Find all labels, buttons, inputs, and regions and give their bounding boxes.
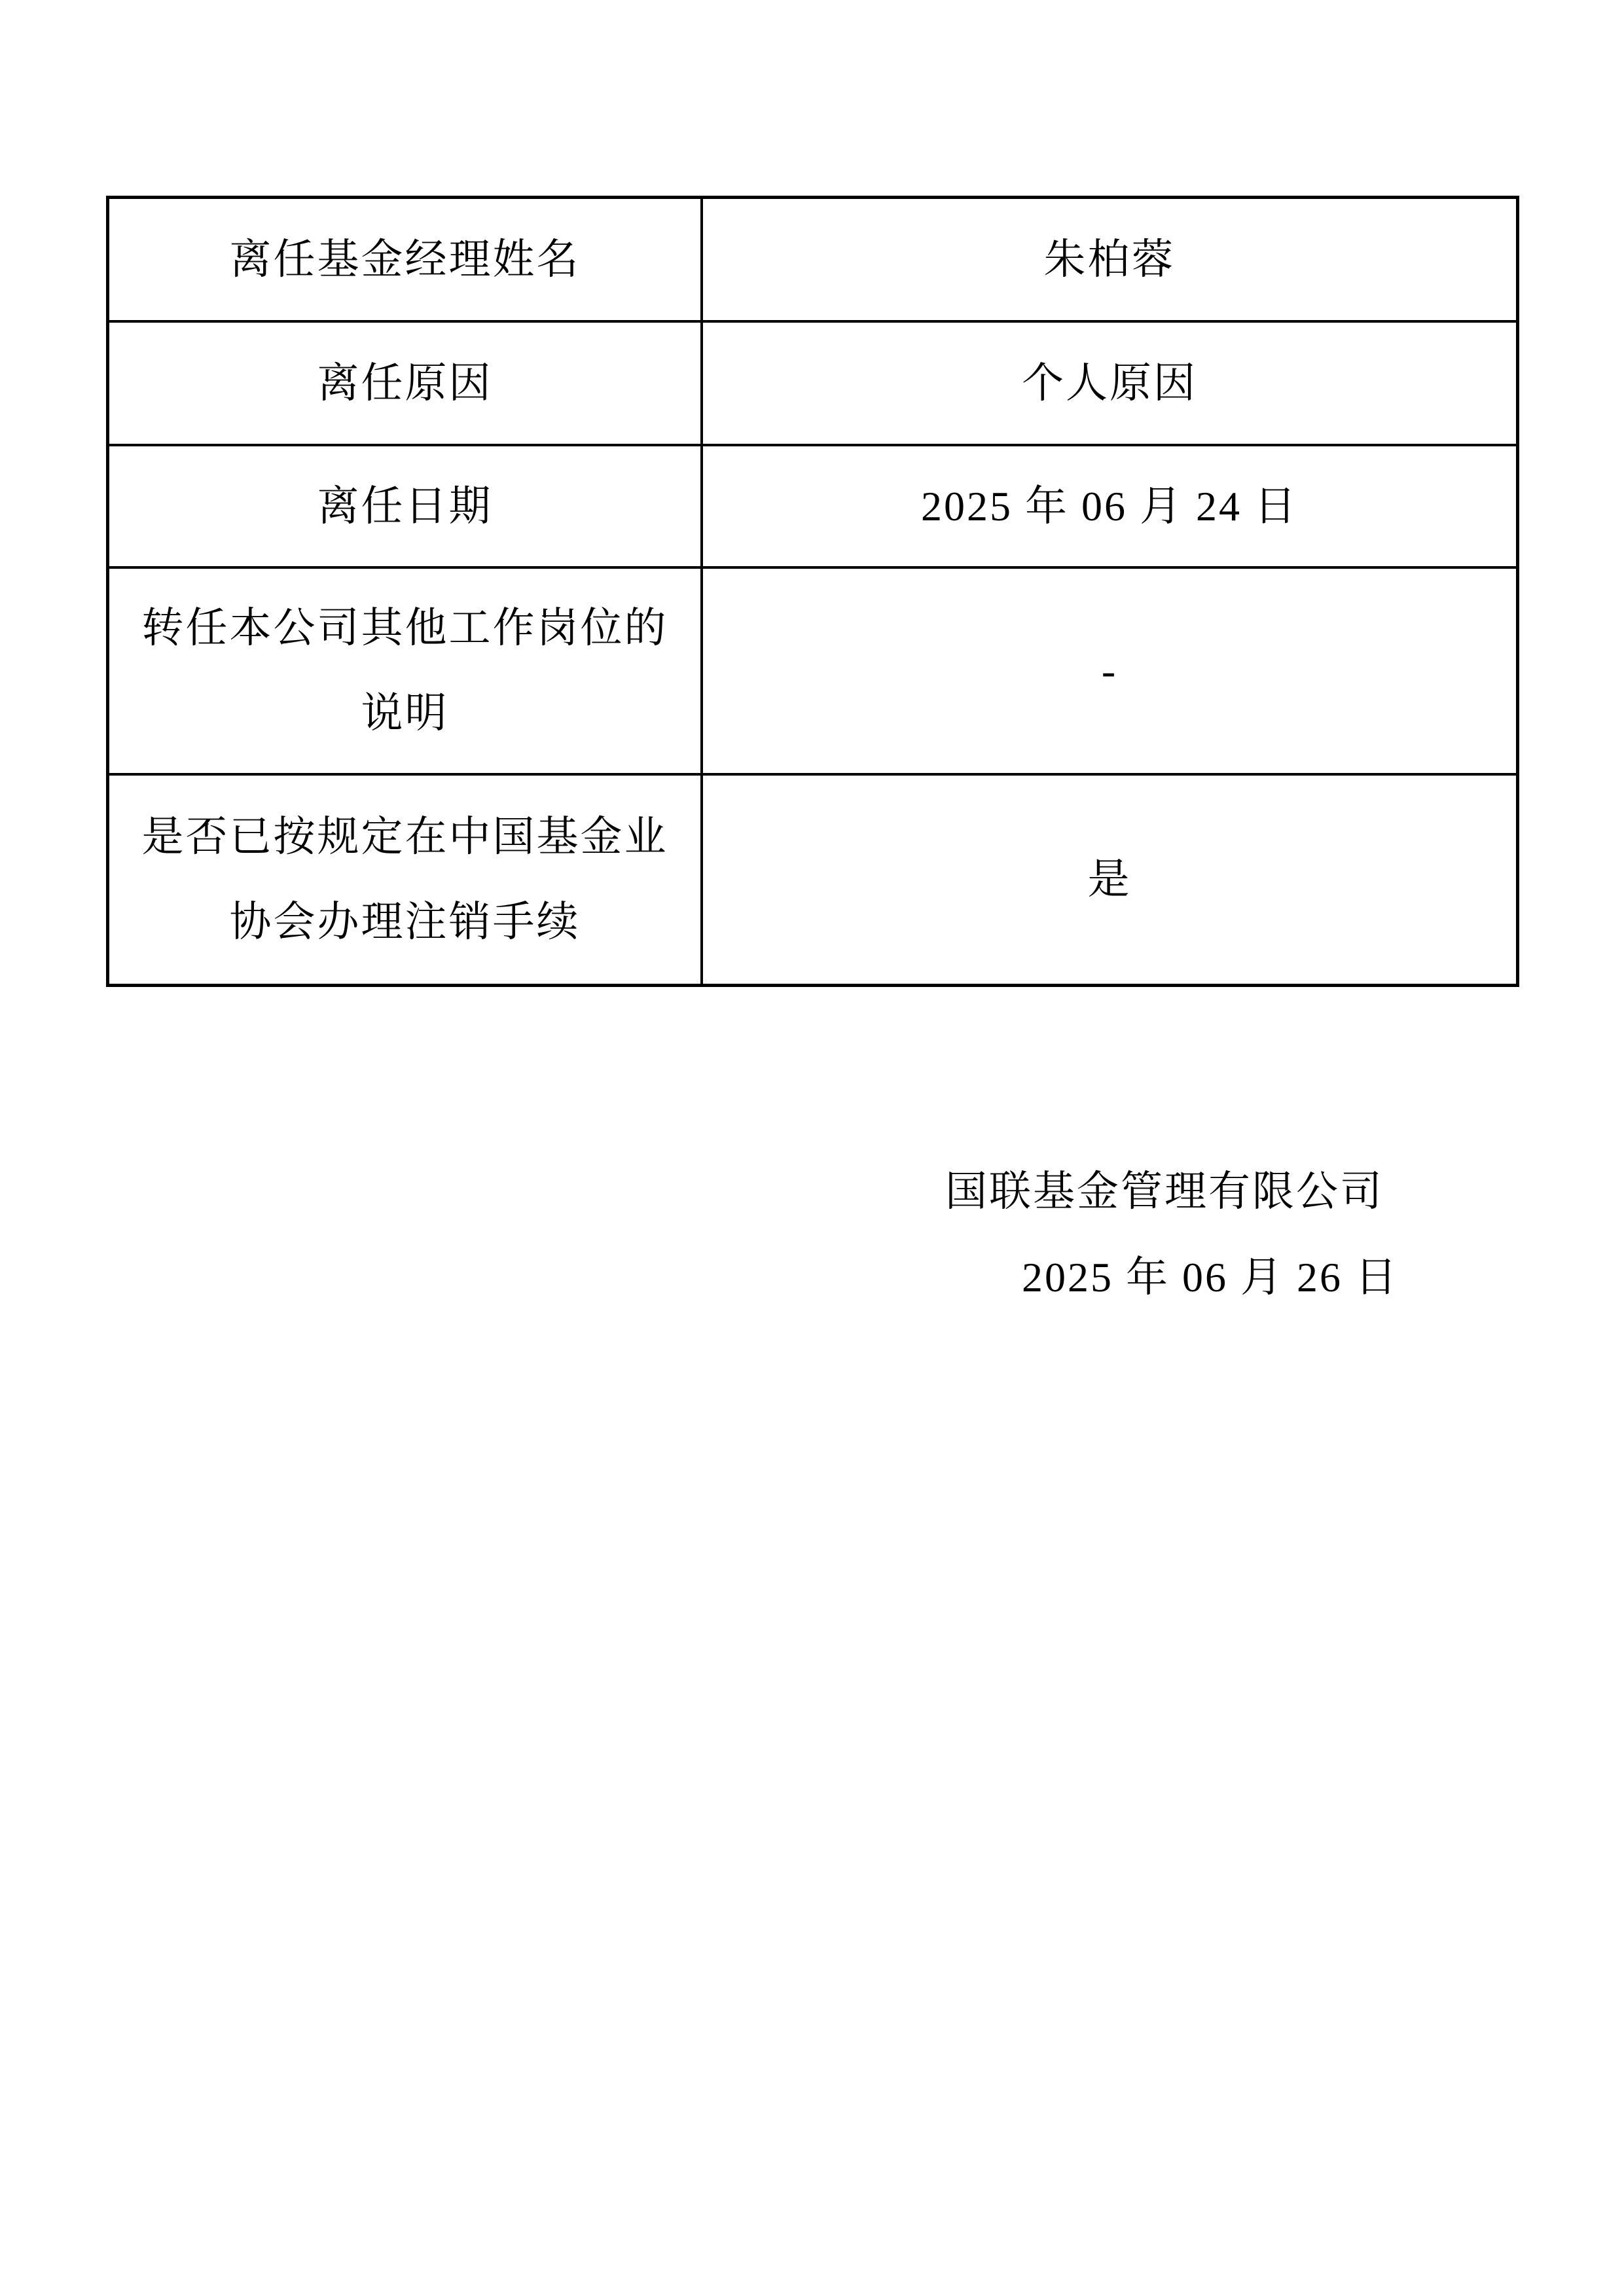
- manager-name-value: 朱柏蓉: [703, 199, 1516, 320]
- signature-date: 2025 年 06 月 26 日: [1022, 1257, 1399, 1299]
- amac-deregistration-value: 是: [703, 776, 1516, 984]
- table-row-amac-deregistration: 是否已按规定在中国基金业 协会办理注销手续 是: [109, 773, 1516, 984]
- departure-reason-value: 个人原因: [703, 323, 1516, 444]
- transfer-note-value: -: [703, 569, 1516, 773]
- amac-deregistration-label: 是否已按规定在中国基金业 协会办理注销手续: [109, 776, 703, 984]
- table-row-transfer-note: 转任本公司其他工作岗位的 说明 -: [109, 566, 1516, 773]
- manager-name-label: 离任基金经理姓名: [109, 199, 703, 320]
- departure-info-table: 离任基金经理姓名 朱柏蓉 离任原因 个人原因 离任日期 2025 年 06 月 …: [106, 196, 1519, 987]
- departure-reason-label: 离任原因: [109, 323, 703, 444]
- departure-date-label: 离任日期: [109, 446, 703, 566]
- signature-company-name: 国联基金管理有限公司: [945, 1171, 1384, 1213]
- transfer-note-label: 转任本公司其他工作岗位的 说明: [109, 569, 703, 773]
- departure-date-value: 2025 年 06 月 24 日: [703, 446, 1516, 566]
- table-row-manager-name: 离任基金经理姓名 朱柏蓉: [109, 199, 1516, 320]
- table-row-departure-date: 离任日期 2025 年 06 月 24 日: [109, 444, 1516, 566]
- table-row-departure-reason: 离任原因 个人原因: [109, 320, 1516, 444]
